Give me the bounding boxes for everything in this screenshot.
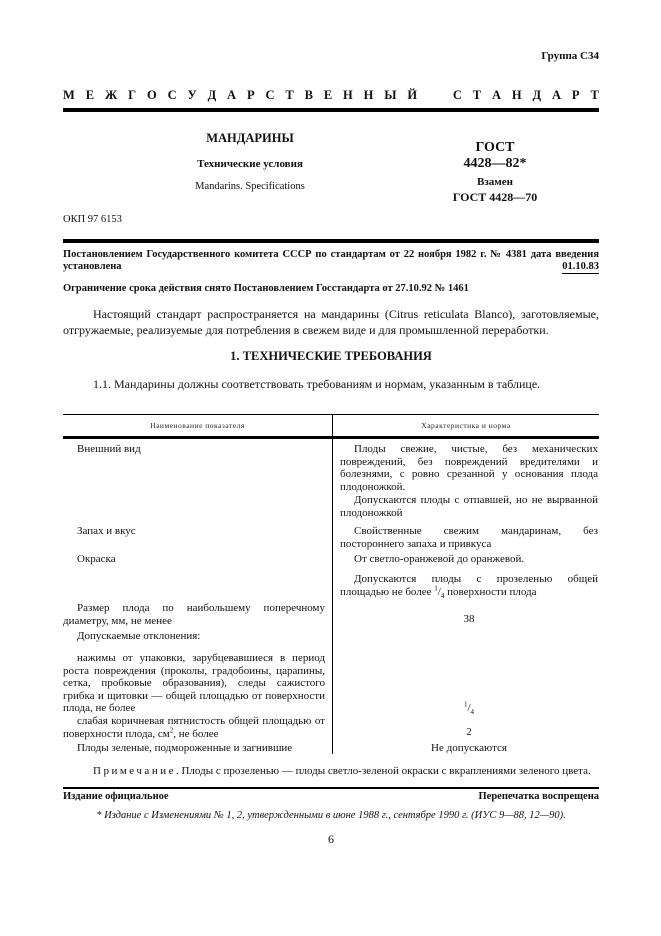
table-row-norm: 38 (340, 613, 598, 626)
second-rule (63, 239, 599, 243)
heading-letter: А (492, 88, 501, 103)
document-title: МАНДАРИНЫ (150, 131, 350, 146)
official-edition: Издание официальное (63, 791, 169, 802)
heading-letter: Ы (384, 88, 396, 103)
document-subtitle: Технические условия (150, 158, 350, 170)
heading-letter: У (188, 88, 197, 103)
reprint-prohibited: Перепечатка воспрещена (479, 791, 599, 802)
table-row-norm: 2 (340, 726, 598, 739)
table-header-border (63, 436, 599, 439)
table-row-norm: От светло-оранжевой до оранжевой. (340, 553, 598, 566)
heading-letter: Н (343, 88, 353, 103)
heading-letter: В (305, 88, 313, 103)
decree-body: Постановлением Государственного комитета… (63, 249, 599, 272)
heading-letter: А (227, 88, 236, 103)
table-row-indicator: Внешний вид (63, 443, 325, 456)
norm-text: поверхности плода (444, 586, 536, 598)
heading-letter: Д (208, 88, 217, 103)
heading-letter: Й (407, 88, 417, 103)
heading-gap (428, 88, 442, 103)
decree-text: Постановлением Государственного комитета… (63, 249, 599, 273)
table-row-indicator: Плоды зеленые, подмороженные и загнившие (63, 742, 325, 755)
table-row-norm: Не допускаются (340, 742, 598, 755)
heading-letter: Т (473, 88, 481, 103)
gost-replaces-label: Взамен (420, 176, 570, 188)
fraction: 1/4 (434, 586, 444, 598)
paragraph-1-1: 1.1. Мандарины должны соответствовать тр… (93, 377, 540, 392)
indicator-text: , не более (173, 728, 218, 740)
heading-letter: Е (86, 88, 94, 103)
note-text: . Плоды с прозеленью — плоды светло-зеле… (176, 765, 591, 777)
heading-letter: Д (533, 88, 542, 103)
top-rule (63, 108, 599, 112)
fraction-numerator: 1 (464, 700, 468, 708)
footer-rule (63, 787, 599, 789)
document-title-english: Mandarins. Specifications (150, 181, 350, 192)
table-header-indicator: Наименование показателя (63, 421, 332, 430)
fraction-denominator: 4 (471, 708, 475, 716)
heading-letter: Е (324, 88, 332, 103)
table-row-indicator: слабая коричневая пятнистость общей площ… (63, 715, 325, 740)
interstate-standard-heading: МЕЖГОСУДАРСТВЕННЫЙСТАНДАРТ (63, 88, 599, 103)
heading-letter: С (265, 88, 274, 103)
okp-code: ОКП 97 6153 (63, 214, 122, 225)
page-number: 6 (63, 832, 599, 847)
heading-letter: Р (247, 88, 255, 103)
table-row-indicator: Запах и вкус (63, 525, 325, 538)
limitation-note: Ограничение срока действия снято Постано… (63, 283, 469, 294)
fraction-numerator: 1 (434, 584, 438, 592)
group-code: Группа С34 (541, 50, 599, 62)
table-header-norm: Характеристика и норма (333, 421, 599, 430)
heading-letter: Г (128, 88, 136, 103)
table-note: Примечание. Плоды с прозеленью — плоды с… (93, 765, 591, 777)
heading-letter: С (453, 88, 462, 103)
heading-letter: Ж (105, 88, 117, 103)
section-title: 1. ТЕХНИЧЕСКИЕ ТРЕБОВАНИЯ (63, 349, 599, 364)
heading-letter: С (168, 88, 177, 103)
table-row-norm: 1/4 (340, 702, 598, 715)
table-row-indicator: Размер плода по наибольшему поперечному … (63, 602, 325, 627)
heading-letter: Н (364, 88, 374, 103)
heading-letter: М (63, 88, 75, 103)
heading-letter: Т (285, 88, 293, 103)
table-row-norm: Свойственные свежим мандаринам, без пост… (340, 525, 598, 550)
table-column-divider (332, 414, 333, 754)
intro-paragraph: Настоящий стандарт распространяется на м… (63, 306, 599, 338)
note-label: Примечание (93, 765, 176, 777)
heading-letter: Т (590, 88, 598, 103)
heading-letter: Р (572, 88, 580, 103)
heading-letter: Н (512, 88, 522, 103)
gost-label: ГОСТ (420, 140, 570, 156)
introduction-date: 01.10.83 (562, 261, 599, 274)
table-row-norm: Допускаются плоды с отпавшей, но не вырв… (340, 494, 598, 519)
table-row-norm: Плоды свежие, чистые, без механических п… (340, 443, 598, 493)
gost-number: 4428—82* (420, 156, 570, 172)
table-top-border (63, 414, 599, 415)
footnote: * Издание с Изменениями № 1, 2, утвержде… (63, 810, 599, 821)
table-row-indicator: Окраска (63, 553, 325, 566)
table-row-indicator: Допускаемые отклонения: (63, 630, 325, 643)
heading-letter: О (147, 88, 157, 103)
heading-letter: А (552, 88, 561, 103)
gost-replaces: ГОСТ 4428—70 (420, 190, 570, 205)
table-row-indicator: нажимы от упаковки, зарубцевавшиеся в пе… (63, 652, 325, 715)
table-row-norm: Допускаются плоды с прозеленью общей пло… (340, 573, 598, 598)
